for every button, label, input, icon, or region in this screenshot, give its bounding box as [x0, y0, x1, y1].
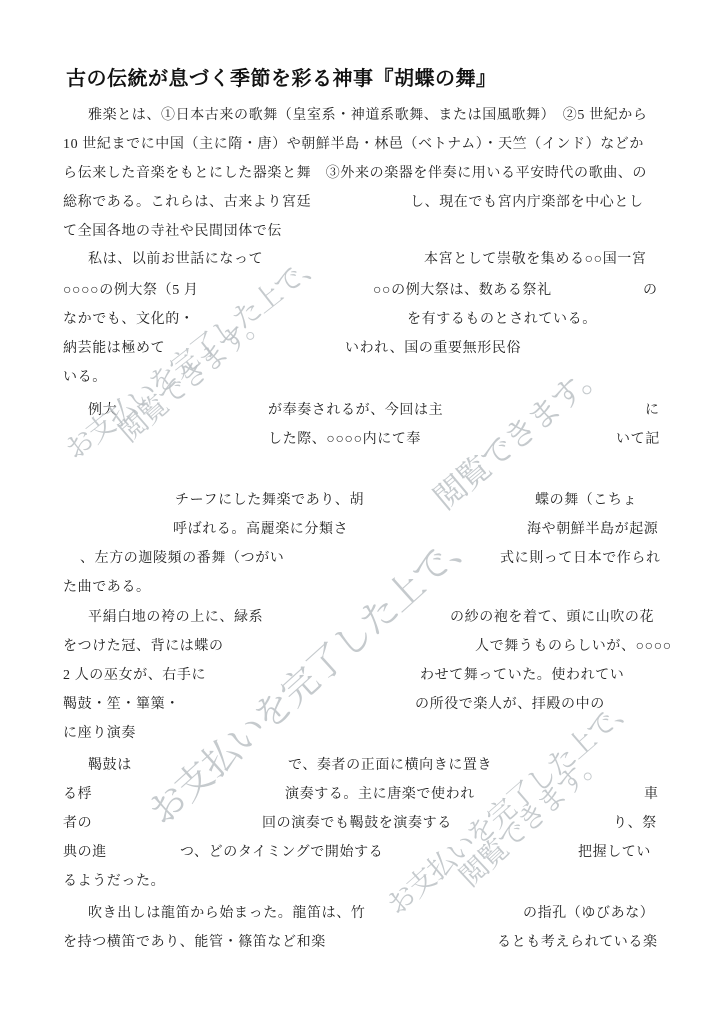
text-line: 納芸能は極めていわれ、国の重要無形民俗 — [0, 337, 724, 359]
text-segment: いる。 — [63, 366, 107, 386]
text-segment: わせて舞っていた。使われてい — [420, 664, 624, 684]
text-segment: を有するものとされている。 — [407, 308, 597, 328]
text-segment: 鞨鼓・笙・篳篥・ — [63, 693, 180, 713]
text-line: をつけた冠、背には蝶の人で舞うものらしいが、○○○○ — [0, 635, 724, 657]
text-segment: を持つ横笛であり、能管・篠笛など和楽 — [63, 931, 326, 951]
text-line: した際、○○○○内にて奉いて記 — [0, 428, 724, 450]
text-segment: 者の — [63, 812, 92, 832]
text-segment: 総称である。これらは、古来より宮廷 — [63, 191, 311, 211]
text-segment: 演奏する。主に唐楽で使われ — [285, 783, 475, 803]
text-line: チーフにした舞楽であり、胡蝶の舞（こちょ — [0, 489, 724, 511]
text-segment: 納芸能は極めて — [63, 337, 165, 357]
text-line: 鞨鼓はで、奏者の正面に横向きに置き — [0, 754, 724, 776]
text-segment: ら伝来した音楽をもとにした器楽と舞 ③外来の楽器を伴奏に用いる平安時代の歌曲、の — [63, 162, 647, 182]
text-segment: いて記 — [616, 428, 660, 448]
text-segment: の指孔（ゆびあな） — [523, 902, 654, 922]
text-line: た曲である。 — [0, 576, 724, 598]
text-line: ○○○○の例大祭（5 月○○の例大祭は、数ある祭礼の — [0, 279, 724, 301]
document-page: 古の伝統が息づく季節を彩る神事『胡蝶の舞』 雅楽とは、①日本古来の歌舞（皇室系・… — [0, 0, 724, 1024]
text-line: 雅楽とは、①日本古来の歌舞（皇室系・神道系歌舞、または国風歌舞） ②5 世紀から — [0, 104, 724, 126]
text-segment: 吹き出しは龍笛から始まった。龍笛は、竹 — [88, 902, 365, 922]
text-line: 呼ばれる。高麗楽に分類さ海や朝鮮半島が起源 — [0, 518, 724, 540]
text-segment: し、現在でも宮内庁楽部を中心とし — [410, 191, 644, 211]
text-line: 2 人の巫女が、右手にわせて舞っていた。使われてい — [0, 664, 724, 686]
text-segment: 雅楽とは、①日本古来の歌舞（皇室系・神道系歌舞、または国風歌舞） ②5 世紀から — [88, 104, 648, 124]
text-segment: 式に則って日本で作られ — [500, 547, 661, 567]
text-segment: つ、どのタイミングで開始する — [180, 841, 383, 861]
text-segment: に座り演奏 — [63, 722, 136, 742]
text-segment: 私は、以前お世話になって — [88, 248, 263, 268]
text-segment: チーフにした舞楽であり、胡 — [175, 489, 364, 509]
text-line: 私は、以前お世話になって本宮として崇敬を集める○○国一宮 — [0, 248, 724, 270]
text-segment: の — [643, 279, 658, 299]
text-segment: 回の演奏でも鞨鼓を演奏する — [262, 812, 452, 832]
text-segment: 蝶の舞（こちょ — [535, 489, 637, 509]
page-title: 古の伝統が息づく季節を彩る神事『胡蝶の舞』 — [66, 62, 497, 91]
text-line: なかでも、文化的・を有するものとされている。 — [0, 308, 724, 330]
text-segment: した際、○○○○内にて奉 — [268, 428, 421, 448]
text-line: いる。 — [0, 366, 724, 388]
text-segment: ○○○○の例大祭（5 月 — [63, 279, 199, 299]
text-segment: るとも考えられている楽 — [497, 931, 658, 951]
text-line: を持つ横笛であり、能管・篠笛など和楽るとも考えられている楽 — [0, 931, 724, 953]
text-line: る桴演奏する。主に唐楽で使われ車 — [0, 783, 724, 805]
text-segment: 平絹白地の袴の上に、緑系 — [88, 606, 263, 626]
text-segment: 例大 — [88, 399, 117, 419]
text-segment: の所役で楽人が、拝殿の中の — [415, 693, 605, 713]
text-line: 総称である。これらは、古来より宮廷し、現在でも宮内庁楽部を中心とし — [0, 191, 724, 213]
text-segment: 典の進 — [63, 841, 107, 861]
text-segment: 車 — [644, 783, 659, 803]
text-segment: た曲である。 — [63, 576, 151, 596]
text-line: 典の進つ、どのタイミングで開始する把握してい — [0, 841, 724, 863]
text-line: 鞨鼓・笙・篳篥・の所役で楽人が、拝殿の中の — [0, 693, 724, 715]
text-segment: 人で舞うものらしいが、○○○○ — [475, 635, 672, 655]
text-line: 吹き出しは龍笛から始まった。龍笛は、竹の指孔（ゆびあな） — [0, 902, 724, 924]
text-line: 平絹白地の袴の上に、緑系の紗の袍を着て、頭に山吹の花 — [0, 606, 724, 628]
text-segment: いわれ、国の重要無形民俗 — [345, 337, 521, 357]
text-line: 者の回の演奏でも鞨鼓を演奏するり、祭 — [0, 812, 724, 834]
text-segment: て全国各地の寺社や民間団体で伝 — [63, 220, 282, 240]
text-segment: ○○の例大祭は、数ある祭礼 — [373, 279, 552, 299]
text-segment: る桴 — [63, 783, 92, 803]
text-line: ら伝来した音楽をもとにした器楽と舞 ③外来の楽器を伴奏に用いる平安時代の歌曲、の — [0, 162, 724, 184]
text-segment: 本宮として崇敬を集める○○国一宮 — [424, 248, 647, 268]
text-segment: 呼ばれる。高麗楽に分類さ — [173, 518, 348, 538]
text-line: に座り演奏 — [0, 722, 724, 744]
text-segment: をつけた冠、背には蝶の — [63, 635, 224, 655]
text-line: 例大が奉奏されるが、今回は主に — [0, 399, 724, 421]
text-segment: 鞨鼓は — [88, 754, 132, 774]
text-line: 10 世紀までに中国（主に隋・唐）や朝鮮半島・林邑（ベトナム）・天竺（インド）な… — [0, 133, 724, 155]
text-segment: るようだった。 — [63, 870, 165, 890]
text-line: 、左方の迦陵頻の番舞（つがい式に則って日本で作られ — [0, 547, 724, 569]
text-line: るようだった。 — [0, 870, 724, 892]
text-segment: り、祭 — [613, 812, 657, 832]
text-segment: 10 世紀までに中国（主に隋・唐）や朝鮮半島・林邑（ベトナム）・天竺（インド）な… — [63, 133, 644, 153]
text-segment: 2 人の巫女が、右手に — [63, 664, 206, 684]
text-segment: に — [645, 399, 660, 419]
text-segment: の紗の袍を着て、頭に山吹の花 — [450, 606, 654, 626]
text-segment: 把握してい — [578, 841, 651, 861]
text-segment: 、左方の迦陵頻の番舞（つがい — [80, 547, 284, 567]
text-segment: で、奏者の正面に横向きに置き — [288, 754, 492, 774]
text-line: て全国各地の寺社や民間団体で伝 — [0, 220, 724, 242]
text-segment: なかでも、文化的・ — [63, 308, 194, 328]
text-segment: 海や朝鮮半島が起源 — [527, 518, 658, 538]
text-segment: が奉奏されるが、今回は主 — [268, 399, 443, 419]
